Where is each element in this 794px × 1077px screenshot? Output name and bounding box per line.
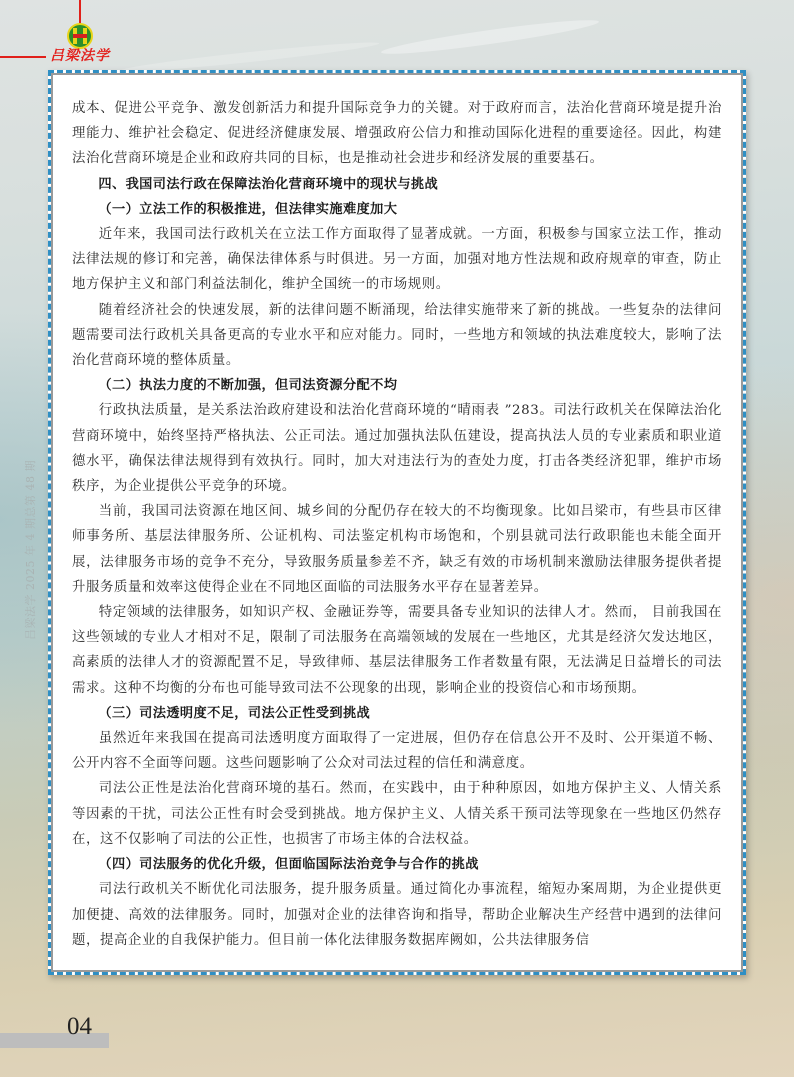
paragraph: 随着经济社会的快速发展，新的法律问题不断涌现，给法律实施带来了新的挑战。一些复杂…	[72, 298, 722, 374]
paragraph: 虽然近年来我国在提高司法透明度方面取得了一定进展，但仍存在信息公开不及时、公开渠…	[72, 726, 722, 776]
journal-issue-label: 吕梁法学 2025 年 4 期总第 48 期	[22, 460, 38, 640]
paragraph: 特定领域的法律服务，如知识产权、金融证券等，需要具备专业知识的法律人才。然而， …	[72, 600, 722, 701]
page-number-bar	[0, 1033, 109, 1048]
background-wave	[380, 15, 600, 59]
subsection-heading: （二）执法力度的不断加强，但司法资源分配不均	[72, 373, 722, 398]
paragraph: 司法行政机关不断优化司法服务，提升服务质量。通过简化办事流程，缩短办案周期，为企…	[72, 877, 722, 953]
subsection-heading: （一）立法工作的积极推进，但法律实施难度加大	[72, 197, 722, 222]
paragraph: 司法公正性是法治化营商环境的基石。然而，在实践中，由于种种原因，如地方保护主义、…	[72, 776, 722, 852]
section-heading: 四、我国司法行政在保障法治化营商环境中的现状与挑战	[72, 172, 722, 197]
paragraph: 成本、促进公平竞争、激发创新活力和提升国际竞争力的关键。对于政府而言，法治化营商…	[72, 96, 722, 172]
subsection-heading: （三）司法透明度不足，司法公正性受到挑战	[72, 701, 722, 726]
logo-line-horizontal	[0, 56, 46, 58]
logo-text: 吕梁法学	[50, 45, 110, 65]
article-body: 成本、促进公平竞争、激发创新活力和提升国际竞争力的关键。对于政府而言，法治化营商…	[72, 96, 722, 953]
paragraph: 行政执法质量，是关系法治政府建设和法治化营商环境的“晴雨表 ”283。司法行政机…	[72, 398, 722, 499]
subsection-heading: （四）司法服务的优化升级，但面临国际法治竞争与合作的挑战	[72, 852, 722, 877]
page-number: 04	[67, 1013, 92, 1041]
paragraph: 近年来，我国司法行政机关在立法工作方面取得了显著成就。一方面，积极参与国家立法工…	[72, 222, 722, 298]
logo-line-vertical	[79, 0, 81, 24]
paragraph: 当前，我国司法资源在地区间、城乡间的分配仍存在较大的不均衡现象。比如吕梁市，有些…	[72, 499, 722, 600]
